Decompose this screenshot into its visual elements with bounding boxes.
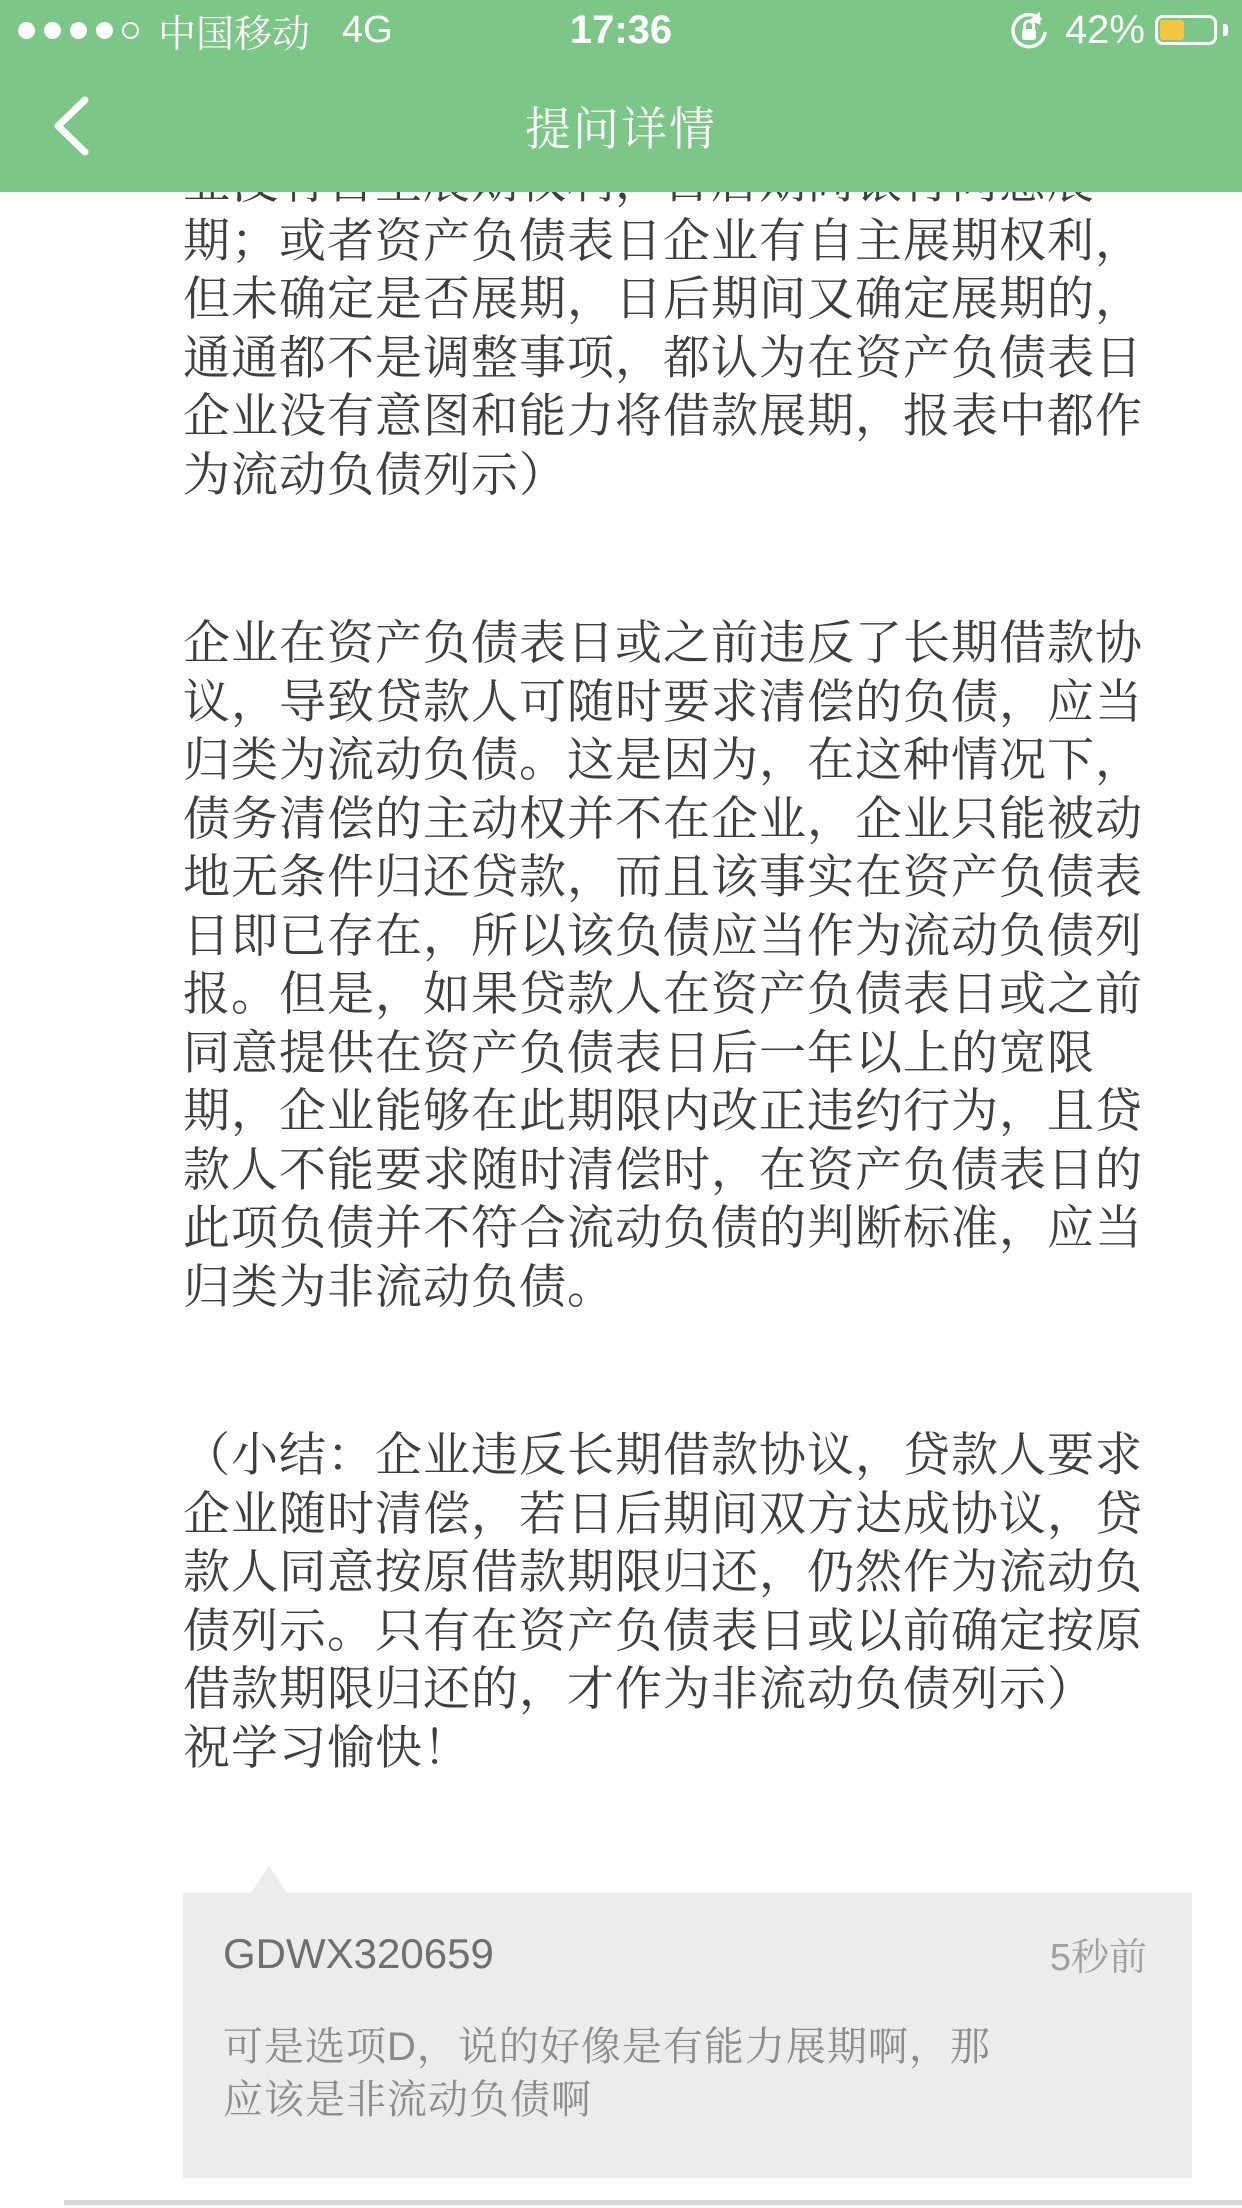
answer-line: 议，导致贷款人可随时要求清偿的负债，应当 — [183, 673, 1193, 732]
answer-line: 为流动负债列示） — [183, 446, 1193, 505]
status-right-group: 42% — [1007, 0, 1228, 60]
answer-line: 地无条件归还贷款，而且该事实在资产负债表 — [183, 848, 1193, 907]
reply-username: GDWX320659 — [223, 1933, 494, 1975]
reply-timestamp: 5秒前 — [1050, 1939, 1147, 1977]
answer-line: 企业没有意图和能力将借款展期，报表中都作 — [183, 387, 1193, 446]
answer-line: 日即已存在，所以该负债应当作为流动负债列 — [183, 907, 1193, 966]
reply-bubble: GDWX320659 5秒前 可是选项D，说的好像是有能力展期啊，那 应该是非流… — [183, 1893, 1192, 2178]
status-bar: 中国移动 4G 17:36 42% — [0, 0, 1242, 60]
answer-body: 业没有自主展期权利，日后期间银行同意展 期；或者资产负债表日企业有自主展期权利，… — [183, 153, 1193, 1777]
answer-line: 通通都不是调整事项，都认为在资产负债表日 — [183, 329, 1193, 388]
answer-line: 款人同意按原借款期限归还，仍然作为流动负 — [183, 1543, 1193, 1602]
answer-line: 债务清偿的主动权并不在企业，企业只能被动 — [183, 790, 1193, 849]
battery-fill — [1160, 20, 1184, 40]
answer-line: 归类为非流动负债。 — [183, 1258, 1193, 1317]
chevron-left-icon — [47, 94, 93, 158]
battery-nub — [1223, 24, 1228, 36]
answer-line: 祝学习愉快！ — [183, 1719, 1193, 1778]
next-cell-separator — [64, 2200, 1242, 2205]
answer-line: （小结：企业违反长期借款协议，贷款人要求 — [183, 1426, 1193, 1485]
answer-line: 报。但是，如果贷款人在资产负债表日或之前 — [183, 965, 1193, 1024]
app-header: 中国移动 4G 17:36 42% 提问详情 — [0, 0, 1242, 192]
nav-bar: 提问详情 — [0, 60, 1242, 192]
answer-line: 债列示。只有在资产负债表日或以前确定按原 — [183, 1602, 1193, 1661]
answer-line: 同意提供在资产负债表日后一年以上的宽限 — [183, 1024, 1193, 1083]
answer-line: 但未确定是否展期，日后期间又确定展期的， — [183, 270, 1193, 329]
orientation-lock-icon — [1007, 8, 1051, 52]
reply-message: 可是选项D，说的好像是有能力展期啊，那 应该是非流动负债啊 — [223, 2021, 991, 2127]
answer-line: 款人不能要求随时清偿时，在资产负债表日的 — [183, 1141, 1193, 1200]
reply-message-line: 可是选项D，说的好像是有能力展期啊，那 — [223, 2021, 991, 2074]
answer-paragraph-1: 业没有自主展期权利，日后期间银行同意展 期；或者资产负债表日企业有自主展期权利，… — [183, 153, 1193, 504]
battery-percent-label: 42% — [1065, 8, 1145, 53]
answer-line: 企业随时清偿，若日后期间双方达成协议，贷 — [183, 1485, 1193, 1544]
answer-line: 借款期限归还的，才作为非流动负债列示） — [183, 1660, 1193, 1719]
page-title: 提问详情 — [525, 93, 717, 159]
reply-bubble-pointer — [250, 1866, 288, 1894]
answer-line: 期；或者资产负债表日企业有自主展期权利， — [183, 212, 1193, 271]
reply-message-line: 应该是非流动负债啊 — [223, 2074, 991, 2127]
battery-icon — [1155, 15, 1217, 45]
answer-line: 期，企业能够在此期限内改正违约行为，且贷 — [183, 1082, 1193, 1141]
back-button[interactable] — [40, 88, 100, 164]
answer-paragraph-2: 企业在资产负债表日或之前违反了长期借款协 议，导致贷款人可随时要求清偿的负债，应… — [183, 614, 1193, 1316]
answer-line: 归类为流动负债。这是因为，在这种情况下， — [183, 731, 1193, 790]
answer-line: 此项负债并不符合流动负债的判断标准，应当 — [183, 1199, 1193, 1258]
answer-line: 企业在资产负债表日或之前违反了长期借款协 — [183, 614, 1193, 673]
answer-paragraph-3: （小结：企业违反长期借款协议，贷款人要求 企业随时清偿，若日后期间双方达成协议，… — [183, 1426, 1193, 1777]
